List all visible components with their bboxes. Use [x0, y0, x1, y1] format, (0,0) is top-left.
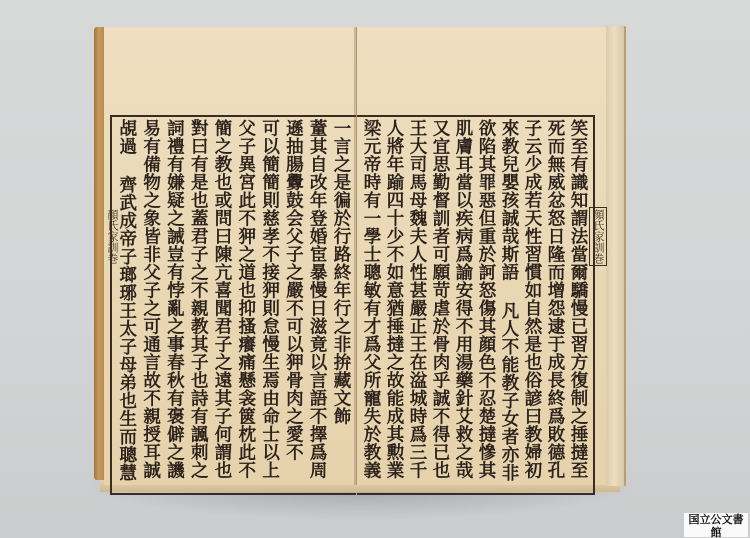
text-column: 人將年踰四十少不如意猶捶撻之故能成其勲業	[383, 119, 406, 491]
text-column: 覘過 齊武成帝子瑯琊王太子母弟也生而聰慧	[115, 119, 139, 491]
open-book: 顔氏家訓巻 一言之是徧於行路終年行之非拚藏文飾 蕫其自改年登婚宦暴慢日滋竟以言語…	[0, 0, 750, 538]
watermark-title: 国立公文書館	[684, 513, 748, 538]
text-column: 來教兒嬰孩誠哉斯語 凡人不能教子女者亦非	[498, 119, 521, 491]
book-fore-edge	[604, 26, 626, 486]
left-page: 顔氏家訓巻 一言之是徧於行路終年行之非拚藏文飾 蕫其自改年登婚宦暴慢日滋竟以言語…	[104, 27, 357, 485]
text-column: 蕫其自改年登婚宦暴慢日滋竟以言語不擇爲周	[305, 119, 329, 491]
right-page: 顔氏家訓巻 笑至有識知謂法當爾驕慢已習方復制之捶撻至 死而無威忿怒日隆而增怨逮于…	[357, 27, 606, 485]
text-column: 對曰有是也蓋君子之不親教其子也詩有諷刺之	[186, 119, 210, 491]
text-column: 遜抽腸釁鼓会父子之嚴不可以狎骨肉之愛不	[282, 119, 306, 491]
text-column: 肌膚耳當以疾病爲諭安得不用湯藥針艾救之哉	[452, 119, 475, 491]
text-column: 詞禮有嫌疑之誡豈有悖亂之事春秋有褒僻之譏	[163, 119, 187, 491]
archive-watermark: 国立公文書館 National Archives of Japan	[684, 513, 748, 537]
text-column: 可以簡簡則慈孝不接狎則怠慢生焉由命士以上	[258, 119, 282, 491]
text-column: 子云少成若天性習慣如自然是也俗諺曰教婦初	[521, 119, 544, 491]
text-column: 易有備物之象皆非父子之可通言故不親授耳誠	[139, 119, 163, 491]
text-column: 死而無威忿怒日隆而增怨逮于成長終爲敗德孔	[544, 119, 567, 491]
text-column: 欲陷其罪惡但重於訶怒傷其顔色不忍楚撻慘其	[475, 119, 498, 491]
text-column: 王大司馬母魏夫人性甚嚴正王在湓城時爲三千	[406, 119, 429, 491]
right-page-text-frame: 顔氏家訓巻 笑至有識知謂法當爾驕慢已習方復制之捶撻至 死而無威忿怒日隆而增怨逮于…	[357, 115, 595, 495]
text-column: 簡之教也或問曰陳亢喜聞君子之遠其子何謂也	[210, 119, 234, 491]
text-column: 梁元帝時有一學士聰敏有才爲父所寵失於教義	[360, 119, 383, 491]
left-page-text-frame: 顔氏家訓巻 一言之是徧於行路終年行之非拚藏文飾 蕫其自改年登婚宦暴慢日滋竟以言語…	[110, 115, 356, 495]
text-column: 笑至有識知謂法當爾驕慢已習方復制之捶撻至	[567, 119, 590, 491]
text-column: 又宜思勤督訓者可願苛虐於骨肉乎誠不得已也	[429, 119, 452, 491]
text-column: 父子異宮此不狎之道也抑搔癢痛懸衾篋枕此不	[234, 119, 258, 491]
text-column: 一言之是徧於行路終年行之非拚藏文飾	[329, 119, 353, 491]
